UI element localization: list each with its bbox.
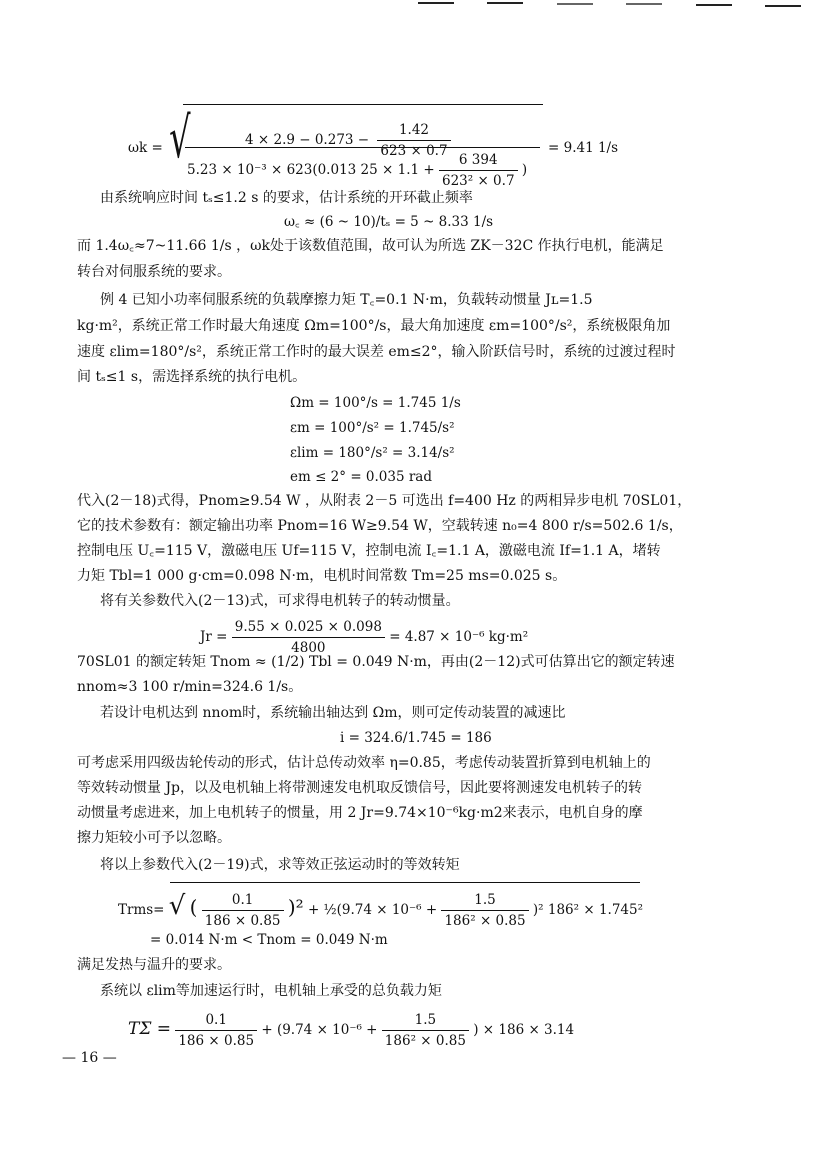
main-fraction-bar	[185, 147, 540, 148]
frac-num: 0.1	[202, 890, 284, 911]
frac-num: 0.1	[175, 1010, 257, 1031]
paren: (	[190, 895, 198, 919]
fraction: 0.1 186 × 0.85	[202, 890, 284, 931]
paragraph: 系统以 εlim等加速运行时，电机轴上承受的总负载力矩	[100, 981, 442, 1001]
frac-num: 1.42	[377, 120, 450, 141]
equation-line: Ωm = 100°/s = 1.745 1/s	[290, 393, 461, 413]
paragraph: 等效转动惯量 Jp，以及电机轴上将带测速发电机取反馈信号，因此要将测速发电机转子…	[77, 778, 642, 798]
paragraph: 若设计电机达到 nnom时，系统输出轴达到 Ωm，则可定传动装置的减速比	[100, 703, 566, 723]
paragraph: 动惯量考虑进来，加上电机转子的惯量，用 2 Jr=9.74×10⁻⁶kg·m2来…	[77, 803, 643, 823]
frac-num: 1.5	[382, 1010, 469, 1031]
equation-ratio: i = 324.6/1.745 = 186	[340, 728, 492, 748]
equation-line: εlim = 180°/s² = 3.14/s²	[290, 443, 455, 463]
paragraph: 力矩 Tbl=1 000 g·cm=0.098 N·m，电机时间常数 Tm=25…	[77, 566, 566, 586]
eq-mid: + (9.74 × 10⁻⁶ +	[261, 1022, 377, 1038]
paragraph: 将以上参数代入(2－19)式，求等效正弦运动时的等效转矩	[100, 855, 460, 875]
equation-tsum: TΣ = 0.1 186 × 0.85 + (9.74 × 10⁻⁶ + 1.5…	[128, 1010, 574, 1051]
frac-den: 186² × 0.85	[441, 911, 528, 931]
paragraph: 可考虑采用四级齿轮传动的形式，估计总传动效率 η=0.85，考虑传动装置折算到电…	[77, 753, 651, 773]
example-heading: 例 4 已知小功率伺服系统的负载摩擦力矩 T꜀=0.1 N·m，负载转动惯量 J…	[100, 290, 593, 310]
paragraph: 间 tₛ≤1 s，需选择系统的执行电机。	[77, 367, 306, 387]
fraction: 1.5 186² × 0.85	[382, 1010, 469, 1051]
paragraph: 70SL01 的额定转矩 Tnom ≈ (1/2) Tbl = 0.049 N·…	[77, 652, 675, 672]
frac-num: 6 394	[439, 150, 518, 171]
paragraph: 擦力矩较小可予以忽略。	[77, 828, 231, 848]
denominator-text: 5.23 × 10⁻³ × 623(0.013 25 × 1.1 +	[187, 162, 435, 178]
paragraph: 控制电压 U꜀=115 V，激磁电压 Uf=115 V，控制电流 I꜀=1.1 …	[77, 541, 661, 561]
equation-omega-c: ω꜀ ≈ (6 ~ 10)/tₛ = 5 ~ 8.33 1/s	[284, 212, 493, 232]
eq-denominator: 5.23 × 10⁻³ × 623(0.013 25 × 1.1 + 6 394…	[187, 150, 527, 191]
eq-mid: + ½(9.74 × 10⁻⁶ +	[308, 902, 437, 918]
fraction: 6 394 623² × 0.7	[439, 150, 518, 191]
radical-sign: √	[169, 891, 186, 921]
equation-line: em ≤ 2° = 0.035 rad	[290, 467, 432, 487]
frac-num: 9.55 × 0.025 × 0.098	[232, 617, 385, 638]
eq-tail: ) × 186 × 3.14	[473, 1022, 574, 1038]
paragraph: 速度 εlim=180°/s²，系统正常工作时的最大误差 em≤2°，输入阶跃信…	[77, 342, 676, 362]
header-rule	[487, 2, 523, 4]
frac-den: 186 × 0.85	[202, 911, 284, 931]
eq-lhs: Trms=	[118, 902, 165, 918]
paragraph: nnom≈3 100 r/min=324.6 1/s。	[77, 677, 302, 697]
frac-den: 186² × 0.85	[382, 1031, 469, 1051]
paragraph: 它的技术参数有：额定输出功率 Pnom=16 W≥9.54 W，空载转速 n₀=…	[77, 516, 683, 536]
header-rule	[696, 4, 732, 6]
eq-lhs: TΣ =	[128, 1019, 171, 1039]
eq-tail: )² 186² × 1.745²	[533, 902, 643, 918]
radical-bar	[170, 882, 640, 883]
eq-rhs: = 4.87 × 10⁻⁶ kg·m²	[389, 629, 528, 645]
trms-line2: = 0.014 N·m < Tnom = 0.049 N·m	[150, 930, 388, 950]
header-rule	[626, 3, 662, 5]
header-rule	[418, 2, 454, 4]
header-rule	[557, 3, 593, 5]
paren: )	[522, 162, 527, 178]
eq-lhs: Jr =	[200, 629, 227, 645]
paragraph: kg·m²，系统正常工作时最大角速度 Ωm=100°/s，最大角加速度 εm=1…	[77, 316, 670, 336]
paragraph: 而 1.4ω꜀≈7~11.66 1/s ，ωk处于该数值范围，故可认为所选 ZK…	[77, 236, 664, 256]
paragraph: 代入(2－18)式得，Pnom≥9.54 W ，从附表 2－5 可选出 f=40…	[77, 491, 691, 511]
equation-line: εm = 100°/s² = 1.745/s²	[290, 418, 455, 438]
frac-den: 186 × 0.85	[175, 1031, 257, 1051]
numerator-text: 4 × 2.9 − 0.273 −	[245, 132, 369, 148]
frac-num: 1.5	[441, 890, 528, 911]
trms-line1: Trms= √ ( 0.1 186 × 0.85 )² + ½(9.74 × 1…	[118, 890, 643, 931]
radical-bar	[183, 104, 543, 105]
paragraph: 转台对伺服系统的要求。	[77, 262, 231, 282]
paragraph: 将有关参数代入(2－13)式，可求得电机转子的转动惯量。	[100, 591, 460, 611]
page-number: — 16 —	[62, 1050, 117, 1066]
eq-result: = 9.41 1/s	[548, 138, 618, 158]
fraction: 1.5 186² × 0.85	[441, 890, 528, 931]
fraction: 0.1 186 × 0.85	[175, 1010, 257, 1051]
header-rule	[765, 5, 801, 7]
paragraph: 满足发热与温升的要求。	[77, 955, 231, 975]
paragraph: 由系统响应时间 tₛ≤1.2 s 的要求，估计系统的开环截止频率	[100, 188, 473, 208]
paren: )²	[288, 895, 304, 919]
eq-lhs: ωk =	[128, 138, 163, 158]
